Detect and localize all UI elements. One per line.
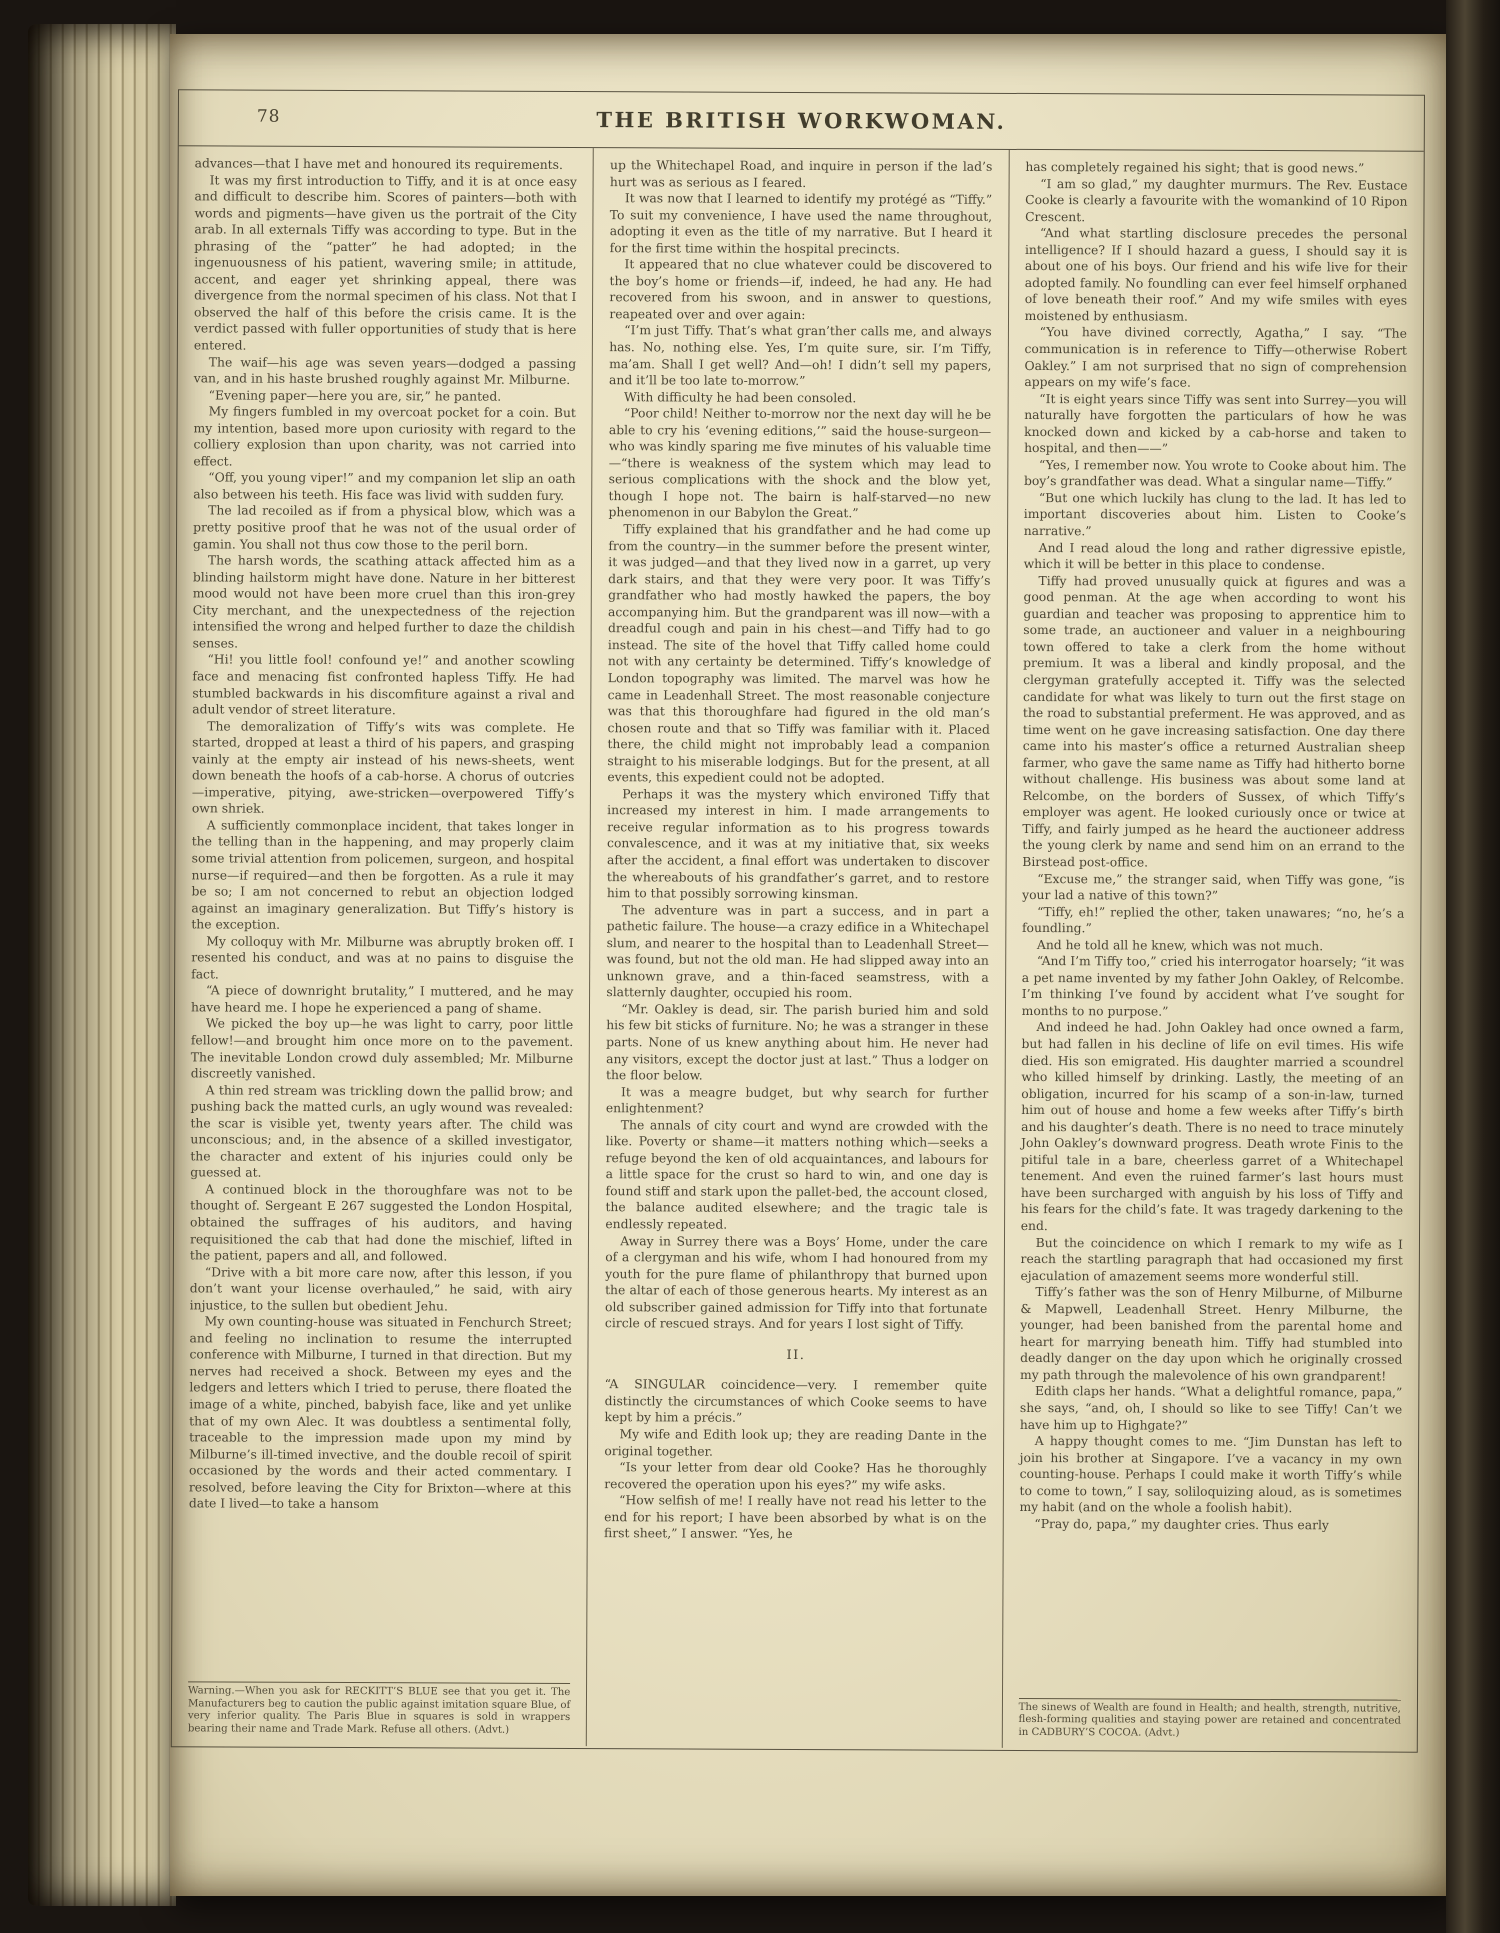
paragraph: “But one which luckily has clung to the … [1024,490,1407,541]
paragraph: “Evening paper—here you are, sir,” he pa… [194,387,576,405]
paragraph: The demoralization of Tiffy’s wits was c… [192,718,575,819]
paragraph: Perhaps it was the mystery which environ… [607,786,990,903]
paragraph: And he told all he knew, which was not m… [1022,937,1404,955]
paragraph: A sufficiently commonplace incident, tha… [191,817,574,934]
paragraph: A happy thought comes to me. “Jim Dunsta… [1019,1433,1402,1517]
paragraph: “A piece of downright brutality,” I mutt… [191,983,573,1018]
paragraph: “Off, you young viper!” and my companion… [193,470,575,505]
paragraph: “It is eight years since Tiffy was sent … [1024,391,1407,459]
paragraph: “How selfish of me! I really have not re… [604,1492,987,1543]
paragraph: My own counting-house was situated in Fe… [189,1314,572,1514]
paragraph: “And I’m Tiffy too,” cried his interroga… [1022,953,1405,1021]
scanned-page: 78 THE BRITISH WORKWOMAN. advances—that … [170,34,1446,1896]
paragraph: My colloquy with Mr. Milburne was abrupt… [191,933,574,984]
paragraph: With difficulty he had been consoled. [609,389,991,407]
paragraph: Tiffy explained that his grandfather and… [607,521,990,787]
paragraph: It appeared that no clue whatever could … [609,256,992,324]
paragraph: It was a meagre budget, but why search f… [606,1084,988,1119]
paragraph: My wife and Edith look up; they are read… [604,1426,986,1461]
paragraph: “Poor child! Neither to-morrow nor the n… [608,405,991,522]
paragraph: “I’m just Tiffy. That’s what gran’ther c… [609,323,992,391]
paragraph: “I am so glad,” my daughter murmurs. The… [1025,176,1408,227]
text-column-3: has completely regained his sight; that … [1001,150,1423,1750]
paragraph: Tiffy’s father was the son of Henry Milb… [1020,1284,1403,1385]
advert-footnote: The sinews of Wealth are found in Health… [1018,1698,1401,1742]
text-columns: advances—that I have met and honoured it… [172,146,1424,1749]
paragraph: The adventure was in part a success, and… [606,902,989,1003]
paragraph: A continued block in the thoroughfare wa… [190,1181,573,1265]
paragraph: And indeed he had. John Oakley had once … [1021,1019,1404,1236]
paragraph: And I read aloud the long and rather dig… [1024,540,1406,575]
book-page-stack-edges [28,24,176,1906]
paragraph: advances—that I have met and honoured it… [195,155,577,173]
masthead-title: THE BRITISH WORKWOMAN. [596,107,1006,134]
page-number: 78 [257,107,281,127]
paragraph: But the coincidence on which I remark to… [1020,1235,1403,1286]
paragraph: “Yes, I remember now. You wrote to Cooke… [1024,457,1406,492]
paragraph: “And what startling disclosure precedes … [1025,225,1408,326]
paragraph: has completely regained his sight; that … [1025,159,1407,177]
paragraph: Tiffy had proved unusually quick at figu… [1022,573,1406,873]
paragraph: The waif—his age was seven years—dodged … [194,354,576,389]
paragraph: Away in Surrey there was a Boys’ Home, u… [605,1233,988,1334]
paragraph: “Drive with a bit more care now, after t… [190,1264,573,1315]
section-heading: II. [605,1347,987,1365]
paragraph: “A SINGULAR coincidence—very. I remember… [605,1377,988,1428]
text-column-2: up the Whitechapel Road, and inquire in … [586,148,1008,1748]
paragraph: Edith claps her hands. “What a delightfu… [1020,1383,1403,1434]
paragraph: We picked the boy up—he was light to car… [191,1016,574,1084]
paragraph: “Excuse me,” the stranger said, when Tif… [1022,870,1404,905]
printed-frame: 78 THE BRITISH WORKWOMAN. advances—that … [171,89,1425,1752]
paragraph: up the Whitechapel Road, and inquire in … [610,157,992,192]
paragraph: “Tiffy, eh!” replied the other, taken un… [1022,904,1404,939]
paragraph: The harsh words, the scathing attack aff… [193,552,576,653]
paragraph: My fingers fumbled in my overcoat pocket… [193,404,576,472]
paragraph: “You have divined correctly, Agatha,” I … [1024,324,1407,392]
paragraph: “Hi! you little fool! confound ye!” and … [192,652,575,720]
paragraph: It was my first introduction to Tiffy, a… [194,172,577,356]
page-header: 78 THE BRITISH WORKWOMAN. [179,90,1424,151]
facing-page-edge [1446,0,1500,1933]
paragraph: “Mr. Oakley is dead, sir. The parish bur… [606,1001,989,1085]
paragraph: The lad recoiled as if from a physical b… [193,503,576,554]
paragraph: It was now that I learned to identify my… [610,190,993,258]
paragraph: “Pray do, papa,” my daughter cries. Thus… [1019,1516,1401,1534]
paragraph: The annals of city court and wynd are cr… [605,1117,988,1234]
text-column-1: advances—that I have met and honoured it… [172,146,593,1746]
paragraph: A thin red stream was trickling down the… [190,1082,573,1183]
paragraph: “Is your letter from dear old Cooke? Has… [604,1459,986,1494]
advert-footnote: Warning.—When you ask for RECKITT’S BLUE… [188,1681,571,1738]
